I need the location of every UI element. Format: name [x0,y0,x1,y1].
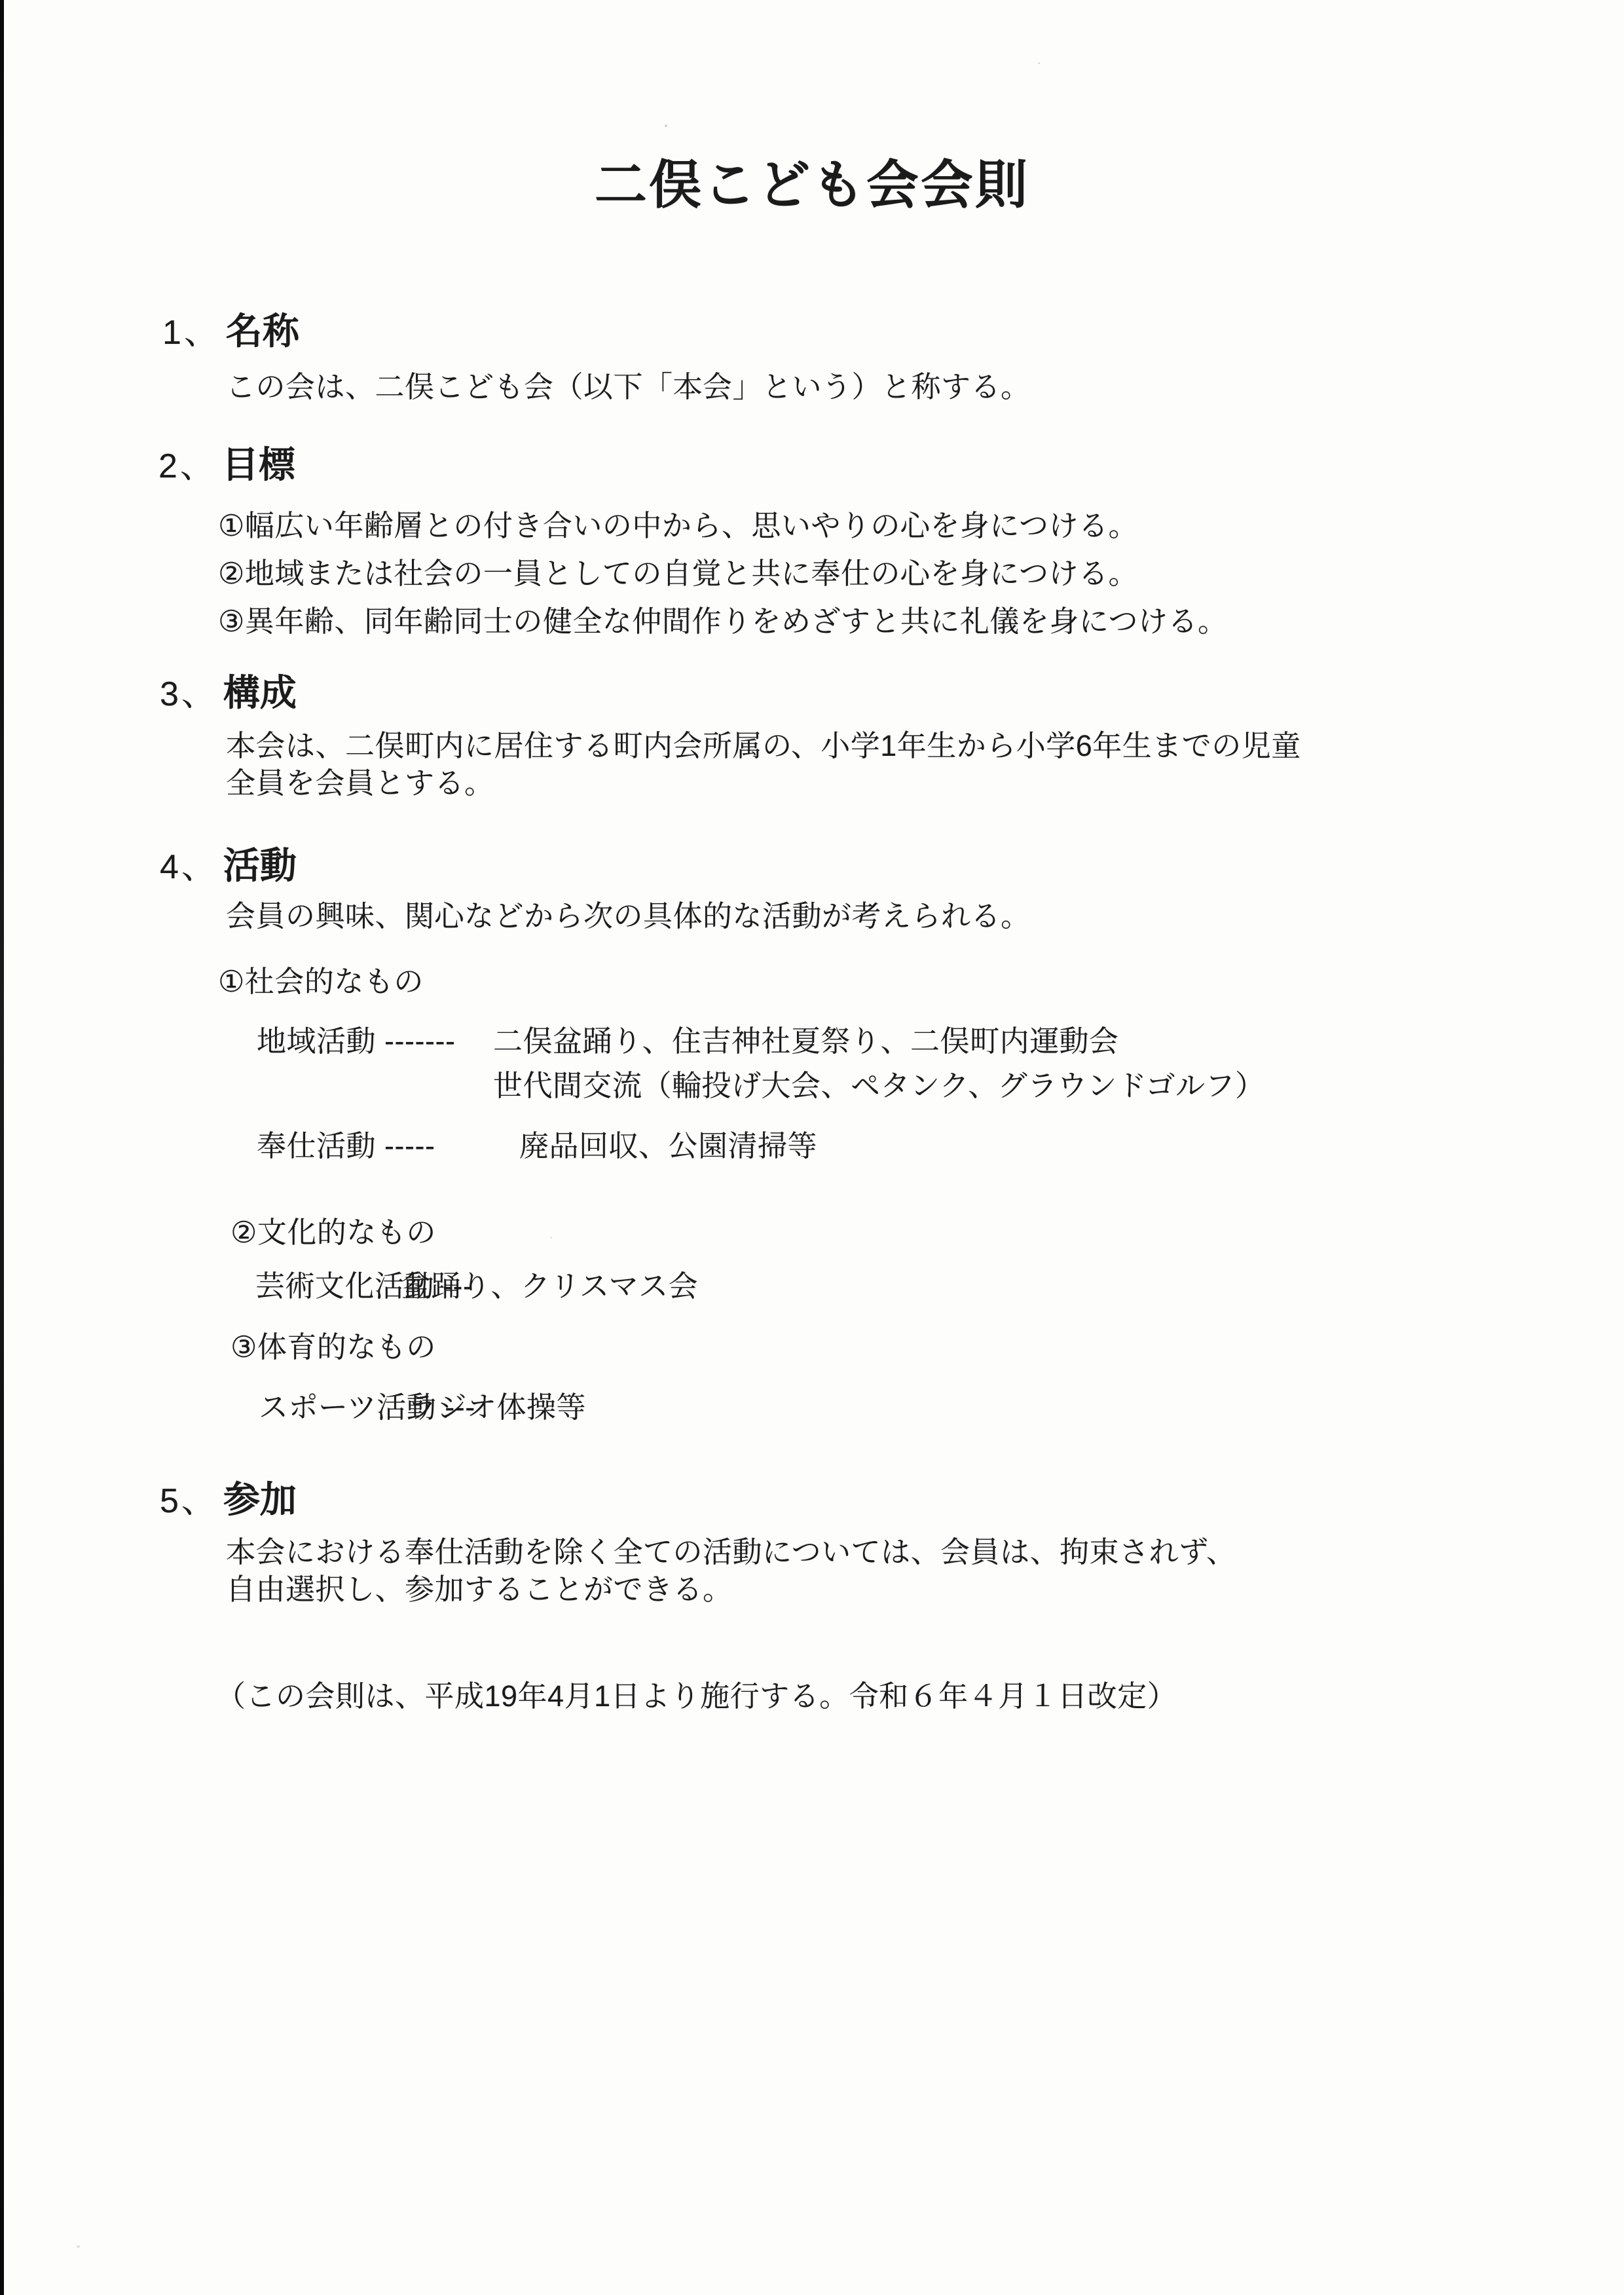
section-4-intro: 会員の興味、関心などから次の具体的な活動が考えられる。 [226,897,1031,935]
section-3-heading: 3、構成 [160,664,297,717]
activity-2-label: 奉仕活動 ----- [257,1122,435,1165]
activity-2-items: 廃品回収、公園清掃等 [519,1122,817,1165]
section-2-heading: 2、目標 [158,436,295,489]
section-5-title: 参加 [223,1479,297,1520]
scanned-document-page: 二俣こども会会則 1、名称 この会は、二俣こども会（以下「本会」という）と称する… [0,0,1624,2295]
section-3-number: 3、 [160,675,218,713]
section-1-number: 1、 [162,314,221,352]
section-5-body: 本会における奉仕活動を除く全ての活動については、会員は、拘束されず、 自由選択し… [226,1533,1236,1608]
objective-item-3: ③異年齢、同年齢同士の健全な仲間作りをめざすと共に礼儀を身につける。 [218,597,1227,640]
section-5-heading: 5、参加 [160,1471,297,1523]
section-1-body: この会は、二俣こども会（以下「本会」という）と称する。 [226,368,1031,405]
scan-speck [550,1237,552,1239]
category-1-label: ①社会的なもの [218,958,424,1000]
section-3-title: 構成 [223,672,297,713]
activity-1-items: 二俣盆踊り、住吉神社夏祭り、二俣町内運動会 [493,1017,1119,1060]
activity-4-items: ラジオ体操等 [407,1383,586,1426]
footnote: （この会則は、平成19年4月1日より施行する。令和６年４月１日改定） [216,1672,1177,1715]
category-2-label: ②文化的なもの [231,1208,436,1251]
activity-3-items: 盆踊り、クリスマス会 [401,1262,698,1305]
section-2-number: 2、 [158,447,217,485]
activity-1-dashes: ------- [384,1024,455,1058]
objective-item-2: ②地域または社会の一員としての自覚と共に奉仕の心を身につける。 [218,550,1138,592]
activity-1-label: 地域活動 ------- [257,1017,455,1060]
section-4-number: 4、 [160,848,218,886]
activity-2-dashes: ----- [384,1129,435,1163]
section-3-body: 本会は、二俣町内に居住する町内会所属の、小学1年生から小学6年生までの児童 全員… [226,727,1301,802]
section-4-heading: 4、活動 [160,837,297,889]
category-3-label: ③体育的なもの [231,1323,436,1366]
section-5-number: 5、 [160,1482,218,1520]
scan-speck [1038,62,1040,64]
activity-2-name: 奉仕活動 [257,1129,376,1163]
section-1-title: 名称 [226,310,299,352]
section-1-heading: 1、名称 [162,303,299,355]
activity-1-items-line2: 世代間交流（輪投げ大会、ペタンク、グラウンドゴルフ） [493,1062,1265,1104]
document-title: 二俣こども会会則 [0,143,1624,218]
objective-item-1: ①幅広い年齢層との付き合いの中から、思いやりの心を身につける。 [218,502,1138,544]
section-4-title: 活動 [223,845,297,886]
activity-1-name: 地域活動 [257,1024,376,1058]
section-2-title: 目標 [222,444,295,485]
scan-speck [665,124,667,127]
scan-edge-artifact [0,0,4,2295]
scan-speck [77,2245,80,2248]
